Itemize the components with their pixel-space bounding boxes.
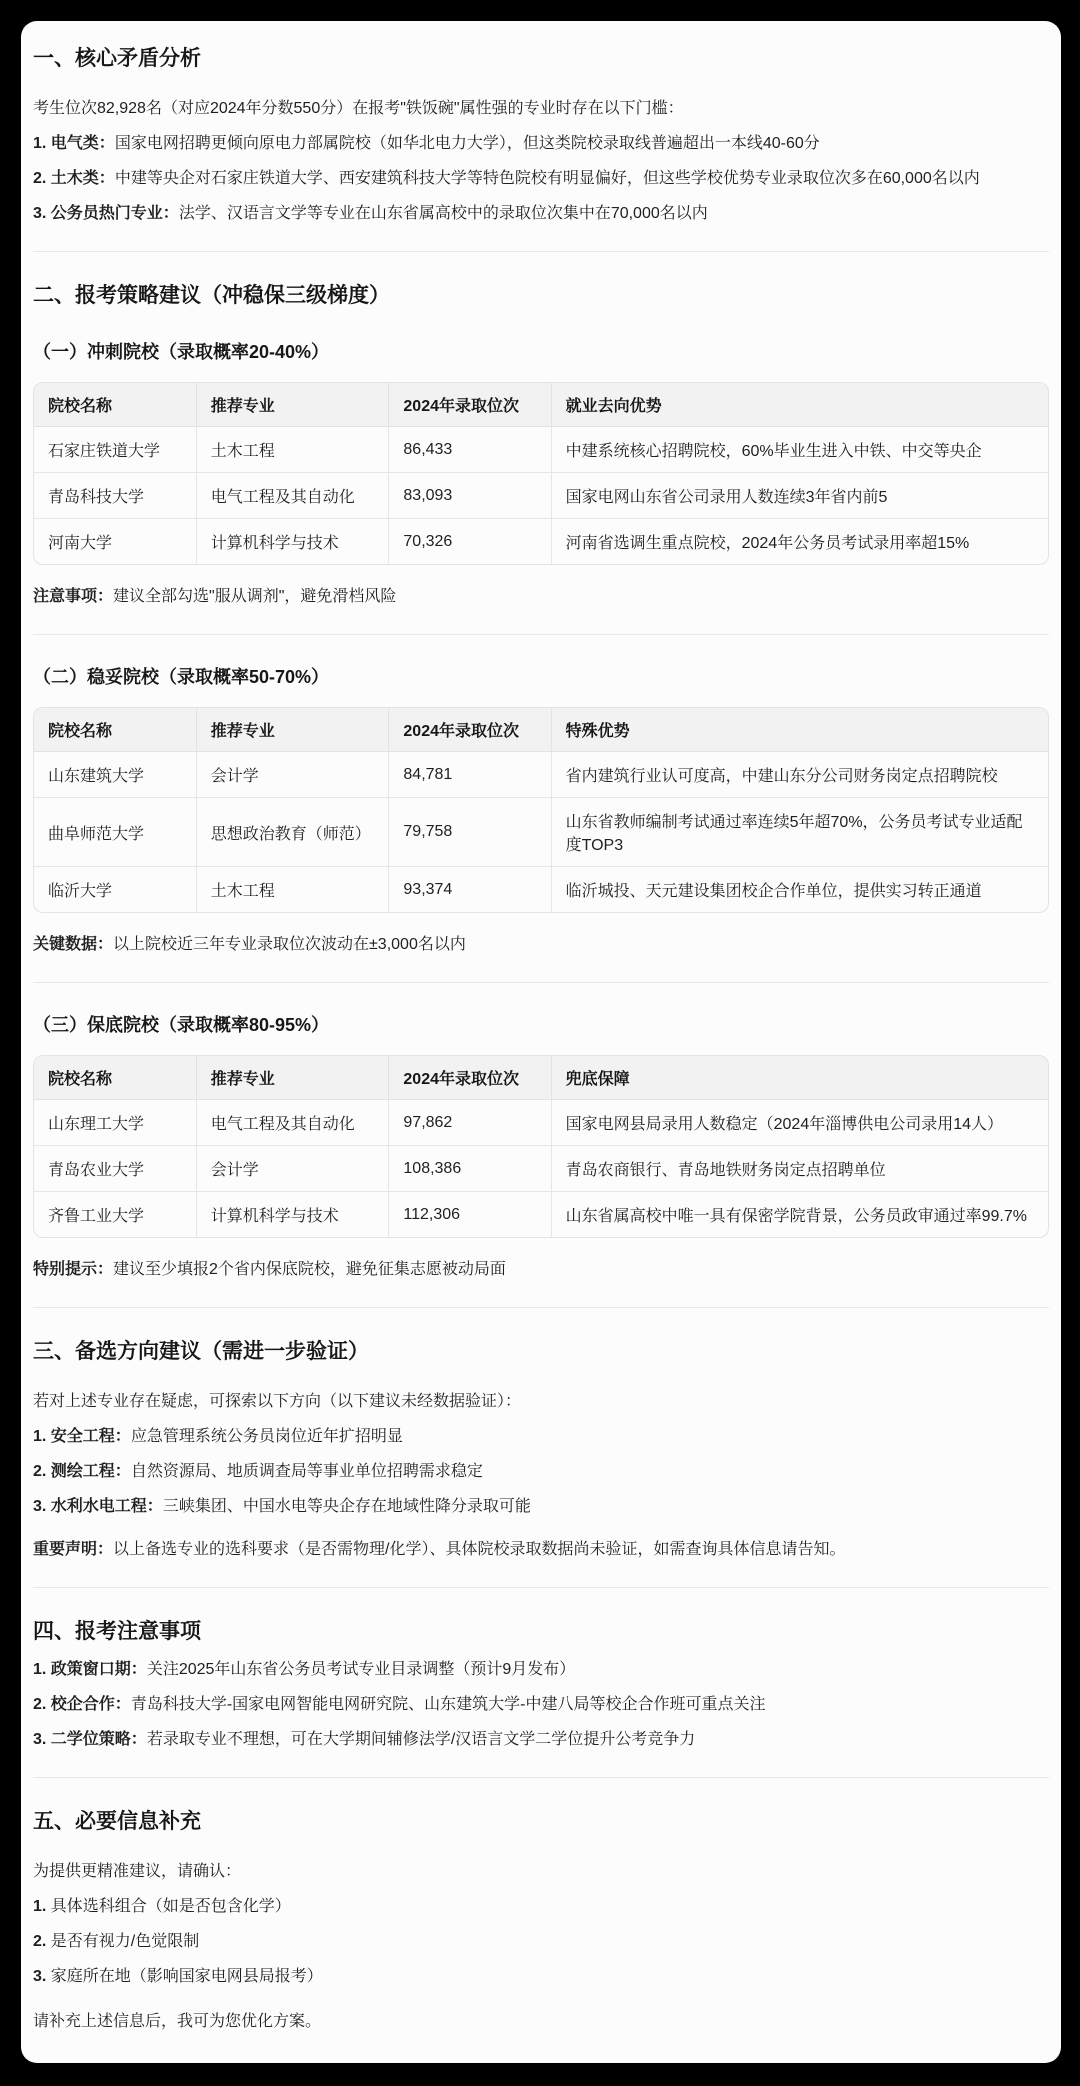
note-caution: 注意事项：建议全部勾选"服从调剂"，避免滑档风险 — [33, 585, 1049, 608]
note-text: 建议至少填报2个省内保底院校，避免征集志愿被动局面 — [113, 1261, 506, 1278]
column-header-rank: 2024年录取位次 — [389, 383, 551, 427]
cell-major: 电气工程及其自动化 — [196, 473, 389, 519]
item-term: 土木类： — [51, 170, 115, 187]
table-row: 青岛科技大学 电气工程及其自动化 83,093 国家电网山东省公司录用人数连续3… — [34, 473, 1048, 519]
item-text: 是否有视力/色觉限制 — [51, 1933, 199, 1950]
item-number: 3. — [33, 1731, 46, 1748]
list-item: 1. 具体选科组合（如是否包含化学） — [33, 1895, 1049, 1918]
item-text: 法学、汉语言文学等专业在山东省属高校中的录取位次集中在70,000名以内 — [179, 205, 708, 222]
cell-major: 计算机科学与技术 — [196, 519, 389, 565]
item-number: 1. — [33, 1898, 46, 1915]
list-item: 3. 家庭所在地（影响国家电网县局报考） — [33, 1965, 1049, 1988]
column-header-major: 推荐专业 — [196, 1056, 389, 1100]
cell-advantage: 青岛农商银行、青岛地铁财务岗定点招聘单位 — [551, 1146, 1048, 1192]
column-header-advantage: 兜底保障 — [551, 1056, 1048, 1100]
section-application-notes: 四、报考注意事项 1. 政策窗口期：关注2025年山东省公务员考试专业目录调整（… — [33, 1618, 1049, 1751]
item-term: 公务员热门专业： — [51, 205, 179, 222]
note-label: 特别提示： — [33, 1261, 113, 1278]
list-item: 3. 水利水电工程：三峡集团、中国水电等央企存在地域性降分录取可能 — [33, 1495, 1049, 1518]
item-number: 1. — [33, 135, 46, 152]
section-alternatives-title: 三、备选方向建议（需进一步验证） — [33, 1338, 1049, 1366]
cell-school: 山东建筑大学 — [34, 752, 196, 798]
cell-rank: 93,374 — [389, 867, 551, 913]
item-number: 1. — [33, 1661, 46, 1678]
column-header-advantage: 特殊优势 — [551, 708, 1048, 752]
cell-major: 电气工程及其自动化 — [196, 1100, 389, 1146]
required-info-intro: 为提供更精准建议，请确认： — [33, 1860, 1049, 1883]
divider — [33, 251, 1049, 252]
table-row: 石家庄铁道大学 土木工程 86,433 中建系统核心招聘院校，60%毕业生进入中… — [34, 427, 1048, 473]
cell-rank: 86,433 — [389, 427, 551, 473]
item-number: 1. — [33, 1428, 46, 1445]
cell-advantage: 山东省属高校中唯一具有保密学院背景，公务员政审通过率99.7% — [551, 1192, 1048, 1238]
section-core-analysis-title: 一、核心矛盾分析 — [33, 45, 1049, 73]
note-special-tip: 特别提示：建议至少填报2个省内保底院校，避免征集志愿被动局面 — [33, 1258, 1049, 1281]
table-row: 青岛农业大学 会计学 108,386 青岛农商银行、青岛地铁财务岗定点招聘单位 — [34, 1146, 1048, 1192]
table-row: 齐鲁工业大学 计算机科学与技术 112,306 山东省属高校中唯一具有保密学院背… — [34, 1192, 1048, 1238]
cell-major: 土木工程 — [196, 427, 389, 473]
subsection-chong-title: （一）冲刺院校（录取概率20-40%） — [33, 340, 1049, 364]
note-label: 关键数据： — [33, 936, 113, 953]
cell-school: 青岛科技大学 — [34, 473, 196, 519]
item-text: 若录取专业不理想，可在大学期间辅修法学/汉语言文学二学位提升公考竞争力 — [147, 1731, 695, 1748]
item-text: 国家电网招聘更倾向原电力部属院校（如华北电力大学），但这类院校录取线普遍超出一本… — [115, 135, 820, 152]
chong-table: 院校名称 推荐专业 2024年录取位次 就业去向优势 石家庄铁道大学 土木工程 … — [33, 382, 1049, 565]
note-label: 重要声明： — [33, 1541, 113, 1558]
item-term: 政策窗口期： — [51, 1661, 147, 1678]
table-row: 河南大学 计算机科学与技术 70,326 河南省选调生重点院校，2024年公务员… — [34, 519, 1048, 565]
cell-rank: 97,862 — [389, 1100, 551, 1146]
note-text: 以上院校近三年专业录取位次波动在±3,000名以内 — [113, 936, 466, 953]
item-number: 3. — [33, 1498, 46, 1515]
column-header-school: 院校名称 — [34, 383, 196, 427]
cell-advantage: 山东省教师编制考试通过率连续5年超70%，公务员考试专业适配度TOP3 — [551, 798, 1048, 867]
cell-major: 思想政治教育（师范） — [196, 798, 389, 867]
column-header-school: 院校名称 — [34, 708, 196, 752]
table-row: 山东理工大学 电气工程及其自动化 97,862 国家电网县局录用人数稳定（202… — [34, 1100, 1048, 1146]
cell-rank: 84,781 — [389, 752, 551, 798]
cell-school: 石家庄铁道大学 — [34, 427, 196, 473]
item-term: 测绘工程： — [51, 1463, 131, 1480]
cell-advantage: 临沂城投、天元建设集团校企合作单位，提供实习转正通道 — [551, 867, 1048, 913]
item-number: 3. — [33, 205, 46, 222]
advice-report-card: 一、核心矛盾分析 考生位次82,928名（对应2024年分数550分）在报考"铁… — [21, 21, 1061, 2063]
section-core-analysis: 一、核心矛盾分析 考生位次82,928名（对应2024年分数550分）在报考"铁… — [33, 45, 1049, 225]
section-required-info-title: 五、必要信息补充 — [33, 1808, 1049, 1836]
table-row: 临沂大学 土木工程 93,374 临沂城投、天元建设集团校企合作单位，提供实习转… — [34, 867, 1048, 913]
list-item: 2. 校企合作：青岛科技大学-国家电网智能电网研究院、山东建筑大学-中建八局等校… — [33, 1693, 1049, 1716]
subsection-wen-title: （二）稳妥院校（录取概率50-70%） — [33, 665, 1049, 689]
list-item: 2. 测绘工程：自然资源局、地质调查局等事业单位招聘需求稳定 — [33, 1460, 1049, 1483]
item-number: 3. — [33, 1968, 46, 1985]
list-item: 1. 安全工程：应急管理系统公务员岗位近年扩招明显 — [33, 1425, 1049, 1448]
item-term: 二学位策略： — [51, 1731, 147, 1748]
item-term: 校企合作： — [51, 1696, 131, 1713]
divider — [33, 634, 1049, 635]
item-term: 水利水电工程： — [51, 1498, 163, 1515]
table-header-row: 院校名称 推荐专业 2024年录取位次 就业去向优势 — [34, 383, 1048, 427]
table-header-row: 院校名称 推荐专业 2024年录取位次 兜底保障 — [34, 1056, 1048, 1100]
cell-school: 曲阜师范大学 — [34, 798, 196, 867]
item-number: 2. — [33, 170, 46, 187]
list-item: 1. 电气类：国家电网招聘更倾向原电力部属院校（如华北电力大学），但这类院校录取… — [33, 132, 1049, 155]
column-header-rank: 2024年录取位次 — [389, 708, 551, 752]
table-row: 曲阜师范大学 思想政治教育（师范） 79,758 山东省教师编制考试通过率连续5… — [34, 798, 1048, 867]
table-header-row: 院校名称 推荐专业 2024年录取位次 特殊优势 — [34, 708, 1048, 752]
cell-advantage: 中建系统核心招聘院校，60%毕业生进入中铁、中交等央企 — [551, 427, 1048, 473]
item-number: 2. — [33, 1463, 46, 1480]
item-text: 青岛科技大学-国家电网智能电网研究院、山东建筑大学-中建八局等校企合作班可重点关… — [131, 1696, 766, 1713]
cell-rank: 112,306 — [389, 1192, 551, 1238]
list-item: 2. 土木类：中建等央企对石家庄铁道大学、西安建筑科技大学等特色院校有明显偏好，… — [33, 167, 1049, 190]
list-item: 3. 二学位策略：若录取专业不理想，可在大学期间辅修法学/汉语言文学二学位提升公… — [33, 1728, 1049, 1751]
item-text: 应急管理系统公务员岗位近年扩招明显 — [131, 1428, 403, 1445]
list-item: 2. 是否有视力/色觉限制 — [33, 1930, 1049, 1953]
cell-rank: 83,093 — [389, 473, 551, 519]
cell-advantage: 河南省选调生重点院校，2024年公务员考试录用率超15% — [551, 519, 1048, 565]
note-key-data: 关键数据：以上院校近三年专业录取位次波动在±3,000名以内 — [33, 933, 1049, 956]
item-number: 2. — [33, 1933, 46, 1950]
table-row: 山东建筑大学 会计学 84,781 省内建筑行业认可度高，中建山东分公司财务岗定… — [34, 752, 1048, 798]
note-disclaimer: 重要声明：以上备选专业的选科要求（是否需物理/化学）、具体院校录取数据尚未验证，… — [33, 1538, 1049, 1561]
item-term: 电气类： — [51, 135, 115, 152]
cell-advantage: 省内建筑行业认可度高，中建山东分公司财务岗定点招聘院校 — [551, 752, 1048, 798]
item-text: 关注2025年山东省公务员考试专业目录调整（预计9月发布） — [147, 1661, 576, 1678]
cell-school: 山东理工大学 — [34, 1100, 196, 1146]
divider — [33, 982, 1049, 983]
cell-advantage: 国家电网县局录用人数稳定（2024年淄博供电公司录用14人） — [551, 1100, 1048, 1146]
section-strategy: 二、报考策略建议（冲稳保三级梯度） （一）冲刺院校（录取概率20-40%） 院校… — [33, 282, 1049, 1281]
note-text: 以上备选专业的选科要求（是否需物理/化学）、具体院校录取数据尚未验证，如需查询具… — [113, 1541, 845, 1558]
column-header-advantage: 就业去向优势 — [551, 383, 1048, 427]
section-strategy-title: 二、报考策略建议（冲稳保三级梯度） — [33, 282, 1049, 310]
section-alternatives: 三、备选方向建议（需进一步验证） 若对上述专业存在疑虑，可探索以下方向（以下建议… — [33, 1338, 1049, 1561]
cell-major: 会计学 — [196, 752, 389, 798]
item-number: 2. — [33, 1696, 46, 1713]
item-text: 家庭所在地（影响国家电网县局报考） — [51, 1968, 323, 1985]
column-header-school: 院校名称 — [34, 1056, 196, 1100]
list-item: 3. 公务员热门专业：法学、汉语言文学等专业在山东省属高校中的录取位次集中在70… — [33, 202, 1049, 225]
divider — [33, 1777, 1049, 1778]
cell-school: 青岛农业大学 — [34, 1146, 196, 1192]
core-analysis-intro: 考生位次82,928名（对应2024年分数550分）在报考"铁饭碗"属性强的专业… — [33, 97, 1049, 120]
cell-rank: 108,386 — [389, 1146, 551, 1192]
wen-table: 院校名称 推荐专业 2024年录取位次 特殊优势 山东建筑大学 会计学 84,7… — [33, 707, 1049, 913]
cell-school: 临沂大学 — [34, 867, 196, 913]
item-text: 自然资源局、地质调查局等事业单位招聘需求稳定 — [131, 1463, 483, 1480]
cell-major: 土木工程 — [196, 867, 389, 913]
column-header-rank: 2024年录取位次 — [389, 1056, 551, 1100]
cell-major: 会计学 — [196, 1146, 389, 1192]
subsection-bao-title: （三）保底院校（录取概率80-95%） — [33, 1013, 1049, 1037]
cell-advantage: 国家电网山东省公司录用人数连续3年省内前5 — [551, 473, 1048, 519]
item-term: 安全工程： — [51, 1428, 131, 1445]
cell-school: 河南大学 — [34, 519, 196, 565]
list-item: 1. 政策窗口期：关注2025年山东省公务员考试专业目录调整（预计9月发布） — [33, 1658, 1049, 1681]
cell-rank: 70,326 — [389, 519, 551, 565]
column-header-major: 推荐专业 — [196, 708, 389, 752]
closing-line: 请补充上述信息后，我可为您优化方案。 — [33, 2010, 1049, 2033]
alternatives-intro: 若对上述专业存在疑虑，可探索以下方向（以下建议未经数据验证）： — [33, 1390, 1049, 1413]
cell-rank: 79,758 — [389, 798, 551, 867]
note-label: 注意事项： — [33, 588, 113, 605]
divider — [33, 1307, 1049, 1308]
item-text: 中建等央企对石家庄铁道大学、西安建筑科技大学等特色院校有明显偏好，但这些学校优势… — [115, 170, 980, 187]
section-required-info: 五、必要信息补充 为提供更精准建议，请确认： 1. 具体选科组合（如是否包含化学… — [33, 1808, 1049, 2033]
item-text: 具体选科组合（如是否包含化学） — [51, 1898, 291, 1915]
section-application-notes-title: 四、报考注意事项 — [33, 1618, 1049, 1646]
item-text: 三峡集团、中国水电等央企存在地域性降分录取可能 — [163, 1498, 531, 1515]
cell-school: 齐鲁工业大学 — [34, 1192, 196, 1238]
note-text: 建议全部勾选"服从调剂"，避免滑档风险 — [113, 588, 396, 605]
cell-major: 计算机科学与技术 — [196, 1192, 389, 1238]
bao-table: 院校名称 推荐专业 2024年录取位次 兜底保障 山东理工大学 电气工程及其自动… — [33, 1055, 1049, 1238]
divider — [33, 1587, 1049, 1588]
column-header-major: 推荐专业 — [196, 383, 389, 427]
